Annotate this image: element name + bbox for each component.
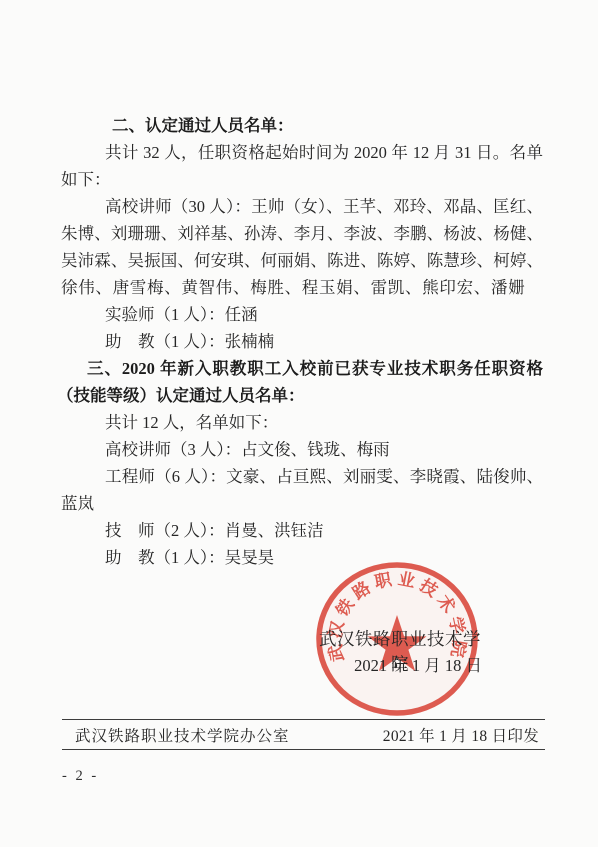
page-number: - 2 - [62, 768, 99, 785]
section-3-heading-2: （技能等级）认定通过人员名单： [57, 382, 543, 409]
summary-line-1: 共计 32 人，任职资格起始时间为 2020 年 12 月 31 日。名单 [61, 139, 543, 166]
lecturer-line-s3: 高校讲师（3 人）：占文俊、钱珑、梅雨 [61, 436, 543, 463]
document-page: 二、认定通过人员名单： 共计 32 人，任职资格起始时间为 2020 年 12 … [0, 0, 598, 847]
footer-office: 武汉铁路职业技术学院办公室 [75, 724, 290, 746]
section-3-heading-1: 三、2020 年新入职教职工入校前已获专业技术职务任职资格 [61, 355, 543, 382]
engineer-names-line-1: 工程师（6 人）：文豪、占亘熙、刘丽雯、李晓霞、陆俊帅、 [61, 463, 543, 490]
experimentalist-line: 实验师（1 人）：任涵 [61, 301, 543, 328]
lecturer-names-line-1: 高校讲师（30 人）：王帅（女）、王芊、邓玲、邓晶、匡红、 [61, 193, 543, 220]
section-2-heading: 二、认定通过人员名单： [61, 112, 543, 139]
assistant-line: 助 教（1 人）：张楠楠 [61, 328, 543, 355]
summary-line-2: 如下： [61, 166, 543, 193]
lecturer-names-line-2: 朱博、刘珊珊、刘祥基、孙涛、李月、李波、李鹏、杨波、杨健、 [61, 220, 543, 247]
signature-date: 2021 年 1 月 18 日 [330, 652, 506, 676]
count-line: 共计 12 人，名单如下： [61, 409, 543, 436]
document-body: 二、认定通过人员名单： 共计 32 人，任职资格起始时间为 2020 年 12 … [61, 112, 543, 571]
lecturer-names-line-4: 徐伟、唐雪梅、黄智伟、梅胜、程玉娟、雷凯、熊印宏、潘姗 [61, 274, 543, 301]
lecturer-names-line-3: 吴沛霖、吴振国、何安琪、何丽娟、陈进、陈婷、陈慧珍、柯婷、 [61, 247, 543, 274]
engineer-names-line-2: 蓝岚 [61, 490, 543, 517]
